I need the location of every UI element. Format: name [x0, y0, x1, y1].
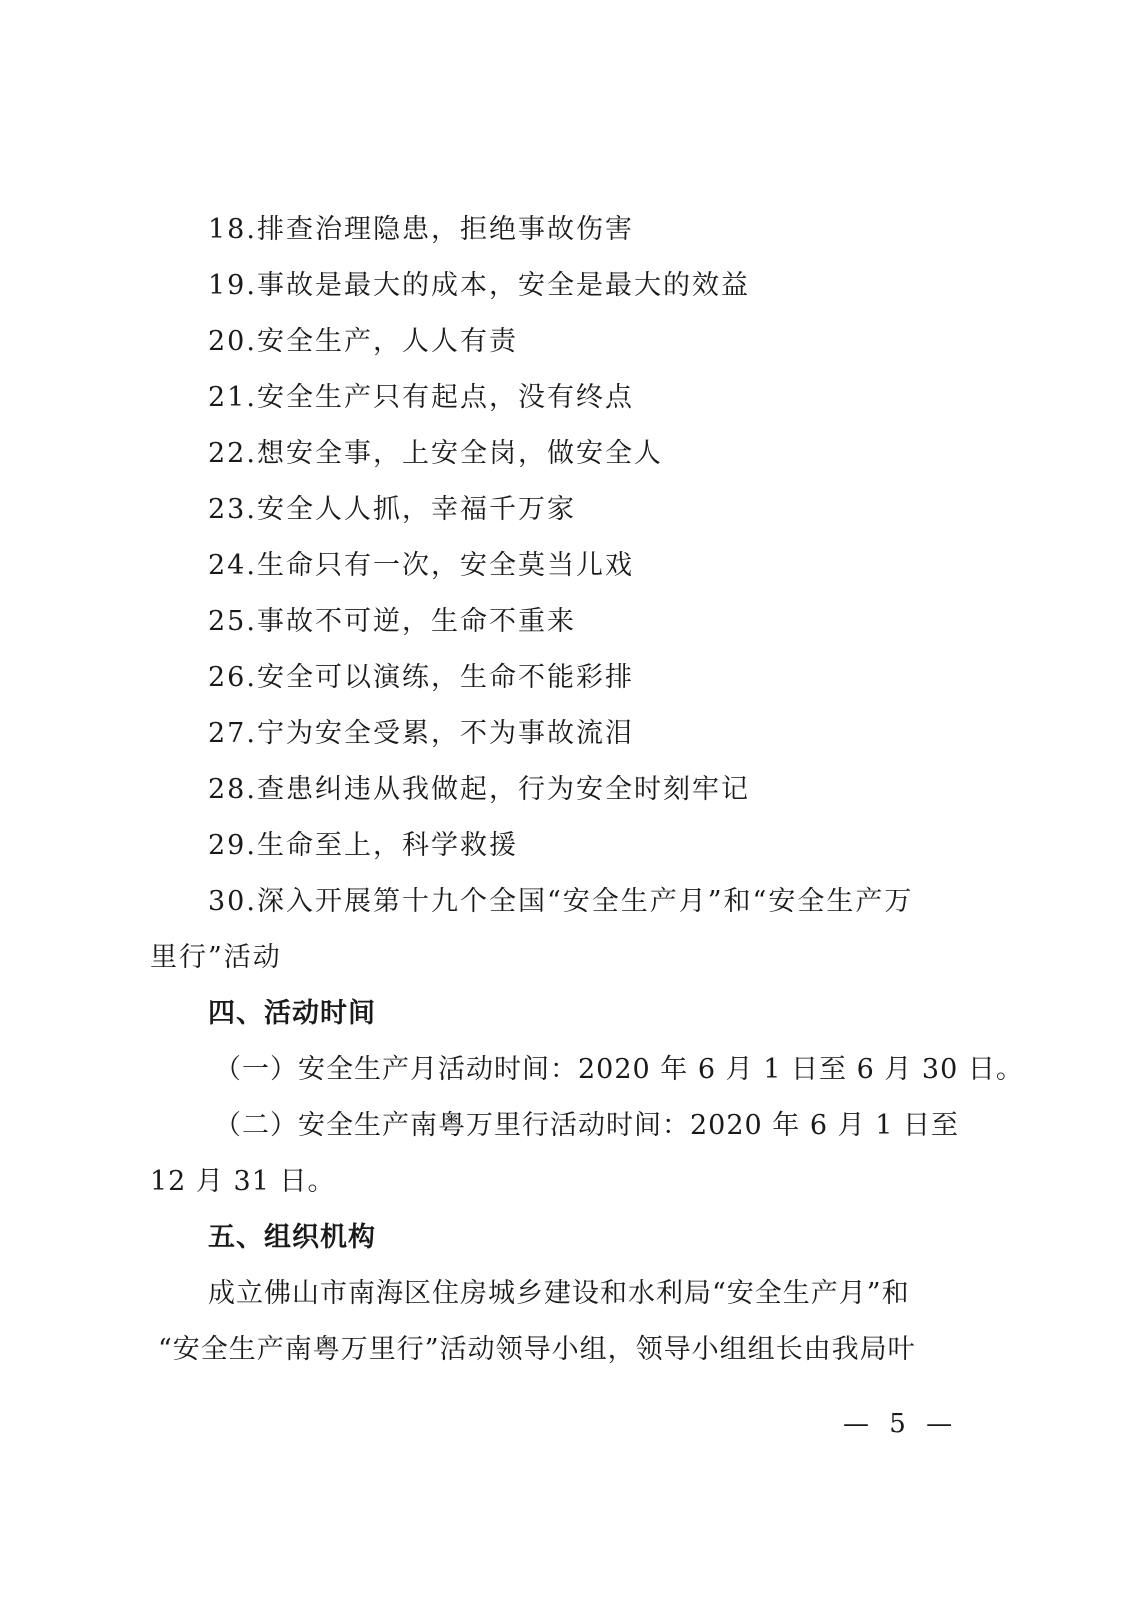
slogan-number: 23. — [208, 494, 257, 525]
slogan-24: 24.生命只有一次，安全莫当儿戏 — [208, 549, 634, 583]
slogan-23: 23.安全人人抓，幸福千万家 — [208, 493, 576, 527]
page-number: — 5 — — [843, 1408, 958, 1440]
document-page: 18.排查治理隐患，拒绝事故伤害 19.事故是最大的成本，安全是最大的效益 20… — [0, 0, 1131, 1600]
slogan-number: 18. — [208, 214, 257, 245]
slogan-30: 30.深入开展第十九个全国“安全生产月”和“安全生产万 — [208, 885, 970, 919]
slogan-number: 30. — [208, 886, 257, 917]
slogan-text: 深入开展第十九个全国“安全生产月”和“安全生产万 — [257, 886, 913, 917]
slogan-text: 事故是最大的成本，安全是最大的效益 — [257, 270, 750, 301]
activity-time-item-2-continuation: 12 月 31 日。 — [150, 1165, 335, 1199]
slogan-30-continuation: 里行”活动 — [150, 941, 282, 975]
slogan-number: 26. — [208, 662, 257, 693]
slogan-text: 宁为安全受累，不为事故流泪 — [257, 718, 634, 749]
slogan-text: 安全可以演练，生命不能彩排 — [257, 662, 634, 693]
slogan-text: 生命只有一次，安全莫当儿戏 — [257, 550, 634, 581]
slogan-text: 查患纠违从我做起，行为安全时刻牢记 — [257, 774, 750, 805]
organization-paragraph-line-2: “安全生产南粤万里行”活动领导小组，领导小组组长由我局叶 — [158, 1333, 916, 1367]
slogan-22: 22.想安全事，上安全岗，做安全人 — [208, 437, 663, 471]
slogan-text: 安全生产，人人有责 — [257, 326, 518, 357]
slogan-number: 29. — [208, 830, 257, 861]
slogan-27: 27.宁为安全受累，不为事故流泪 — [208, 717, 634, 751]
activity-time-item-1: （一）安全生产月活动时间：2020 年 6 月 1 日至 6 月 30 日。 — [214, 1053, 1024, 1087]
slogan-text: 排查治理隐患，拒绝事故伤害 — [257, 214, 634, 245]
section-heading-organization: 五、组织机构 — [208, 1221, 376, 1255]
slogan-number: 24. — [208, 550, 257, 581]
section-heading-activity-time: 四、活动时间 — [208, 997, 376, 1031]
slogan-21: 21.安全生产只有起点，没有终点 — [208, 381, 634, 415]
slogan-number: 27. — [208, 718, 257, 749]
slogan-number: 21. — [208, 382, 257, 413]
slogan-25: 25.事故不可逆，生命不重来 — [208, 605, 576, 639]
slogan-28: 28.查患纠违从我做起，行为安全时刻牢记 — [208, 773, 750, 807]
slogan-26: 26.安全可以演练，生命不能彩排 — [208, 661, 634, 695]
slogan-29: 29.生命至上，科学救援 — [208, 829, 518, 863]
slogan-number: 25. — [208, 606, 257, 637]
slogan-18: 18.排查治理隐患，拒绝事故伤害 — [208, 213, 634, 247]
slogan-text: 事故不可逆，生命不重来 — [257, 606, 576, 637]
slogan-19: 19.事故是最大的成本，安全是最大的效益 — [208, 269, 750, 303]
slogan-number: 28. — [208, 774, 257, 805]
slogan-text: 生命至上，科学救援 — [257, 830, 518, 861]
slogan-number: 22. — [208, 438, 257, 469]
slogan-text: 安全生产只有起点，没有终点 — [257, 382, 634, 413]
slogan-text: 想安全事，上安全岗，做安全人 — [257, 438, 663, 469]
organization-paragraph-line-1: 成立佛山市南海区住房城乡建设和水利局“安全生产月”和 — [208, 1277, 910, 1311]
slogan-20: 20.安全生产，人人有责 — [208, 325, 518, 359]
activity-time-item-2: （二）安全生产南粤万里行活动时间：2020 年 6 月 1 日至 — [214, 1109, 959, 1143]
slogan-number: 20. — [208, 326, 257, 357]
slogan-number: 19. — [208, 270, 257, 301]
slogan-text: 安全人人抓，幸福千万家 — [257, 494, 576, 525]
